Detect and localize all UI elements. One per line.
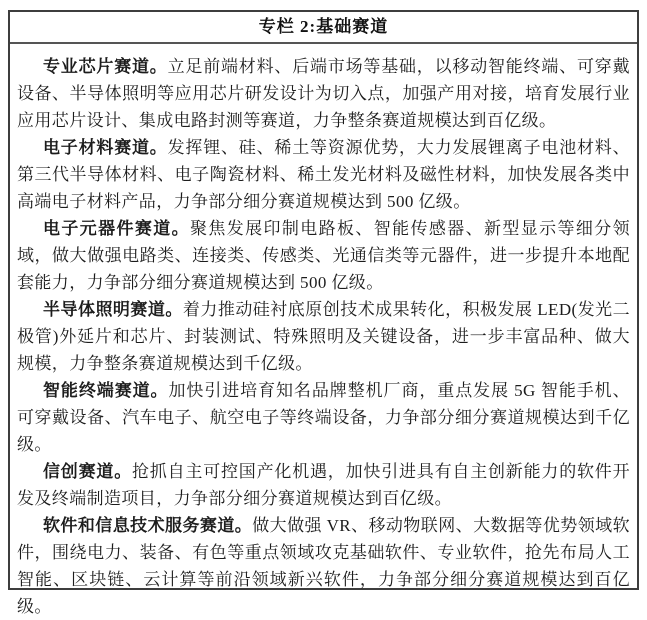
paragraph-semiconductor-lighting: 半导体照明赛道。着力推动硅衬底原创技术成果转化，积极发展 LED(发光二极管)外… — [17, 296, 630, 377]
paragraph-lead: 软件和信息技术服务赛道。 — [43, 516, 252, 535]
paragraph-lead: 半导体照明赛道。 — [43, 300, 183, 319]
paragraph-lead: 电子材料赛道。 — [43, 138, 168, 157]
panel-title: 专栏 2:基础赛道 — [10, 12, 637, 44]
paragraph-smart-terminals: 智能终端赛道。加快引进培育知名品牌整机厂商，重点发展 5G 智能手机、可穿戴设备… — [17, 377, 630, 458]
panel-body: 专业芯片赛道。立足前端材料、后端市场等基础，以移动智能终端、可穿戴设备、半导体照… — [10, 44, 637, 600]
paragraph-electronic-components: 电子元器件赛道。聚焦发展印制电路板、智能传感器、新型显示等细分领域，做大做强电路… — [17, 215, 630, 296]
paragraph-xinchuang: 信创赛道。抢抓自主可控国产化机遇，加快引进具有自主创新能力的软件开发及终端制造项… — [17, 458, 630, 512]
column-panel: 专栏 2:基础赛道 专业芯片赛道。立足前端材料、后端市场等基础，以移动智能终端、… — [8, 10, 639, 590]
paragraph-lead: 信创赛道。 — [43, 462, 132, 481]
paragraph-software-it-services: 软件和信息技术服务赛道。做大做强 VR、移动物联网、大数据等优势领域软件，围绕电… — [17, 512, 630, 600]
paragraph-lead: 智能终端赛道。 — [43, 381, 168, 400]
paragraph-lead: 电子元器件赛道。 — [43, 219, 190, 238]
paragraph-lead: 专业芯片赛道。 — [43, 57, 168, 76]
paragraph-electronic-materials: 电子材料赛道。发挥锂、硅、稀土等资源优势，大力发展锂离子电池材料、第三代半导体材… — [17, 134, 630, 215]
paragraph-professional-chips: 专业芯片赛道。立足前端材料、后端市场等基础，以移动智能终端、可穿戴设备、半导体照… — [17, 53, 630, 134]
